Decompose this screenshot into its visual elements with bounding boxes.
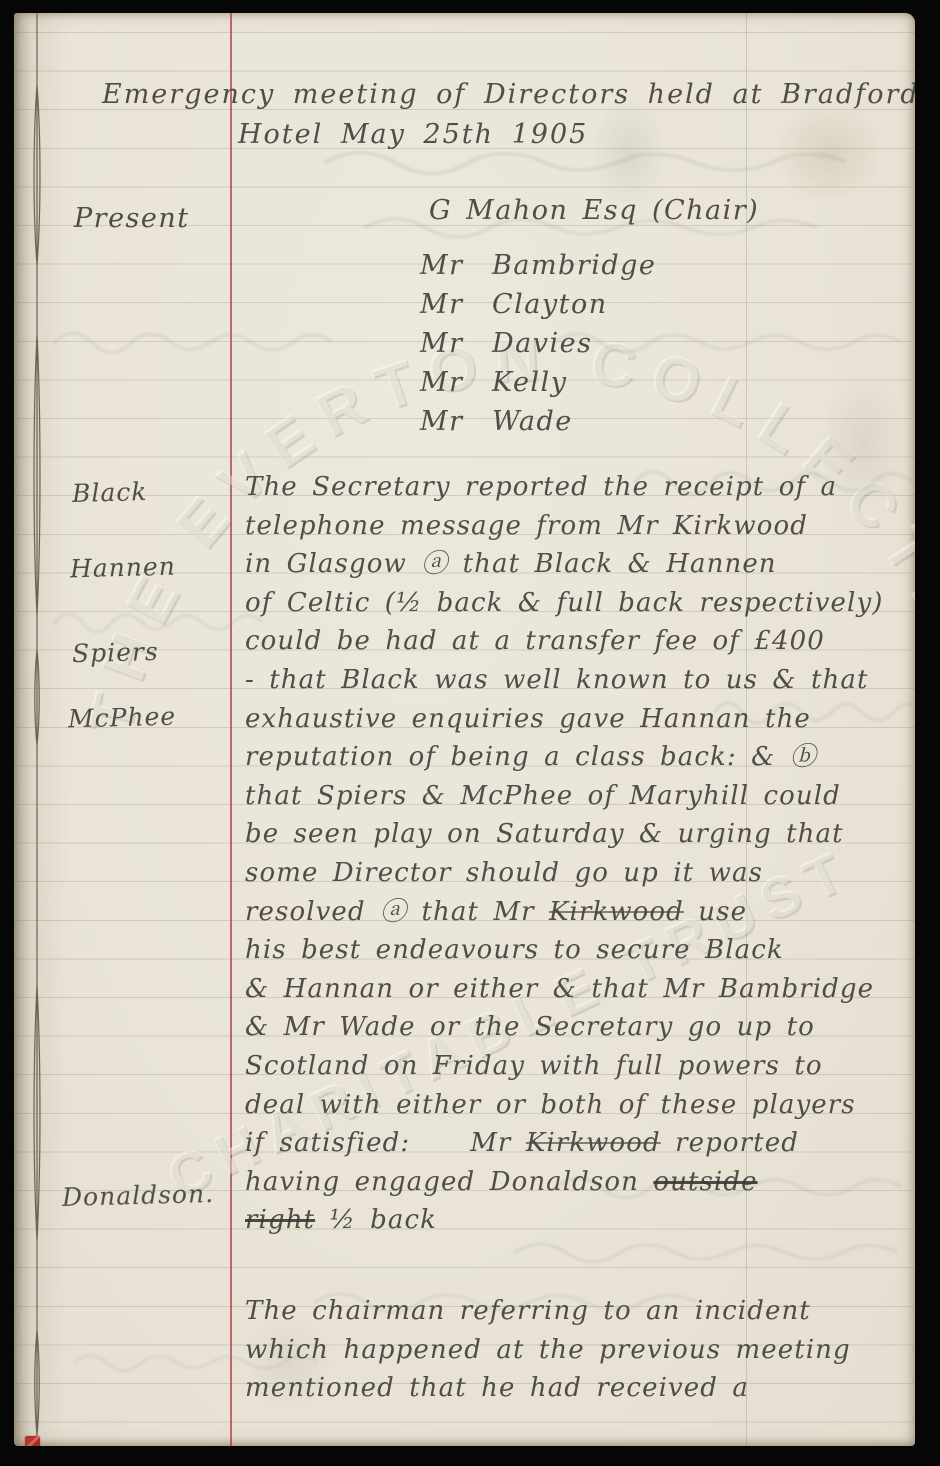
minutes-paragraph-players: The Secretary reported the receipt of at… [245,468,884,1240]
meeting-heading-line2: Hotel May 25th 1905 [238,115,588,155]
handwritten-line: right ½ back [245,1201,884,1240]
attendee-name: Kelly [492,367,567,398]
handwritten-line: some Director should go up it was [245,854,884,893]
margin-note: Black [72,477,148,508]
attendee-row: Mr Wade [14,406,894,445]
handwritten-line: resolved ⓐ that Mr Kirkwood use [245,893,884,932]
handwritten-text: his best endeavours to secure Black [245,935,784,965]
margin-note: Spiers [72,637,159,668]
handwritten-text: be seen play on Saturday & urging that [245,819,844,849]
attendee-row: Mr Kelly [14,367,894,406]
handwritten-text: & Hannan or either & that Mr Bambridge [245,974,874,1004]
handwritten-text: right [245,1205,315,1235]
handwritten-text: which happened at the previous meeting [245,1335,851,1365]
handwritten-line: The Secretary reported the receipt of a [245,468,884,507]
attendee-row: Mr Clayton [14,289,894,328]
attendee-honorific: Mr [420,406,464,437]
handwritten-line: in Glasgow ⓐ that Black & Hannen [245,545,884,584]
handwritten-text: deal with either or both of these player… [245,1090,856,1120]
handwritten-text: if satisfied: [245,1128,410,1158]
attendee-row: G Mahon Esq (Chair) [14,195,894,234]
red-page-stamp [25,1436,40,1446]
handwritten-line: & Hannan or either & that Mr Bambridge [245,970,884,1009]
margin-note: Donaldson. [62,1179,215,1212]
handwritten-text: Kirkwood [549,897,684,927]
handwritten-text: - that Black was well known to us & that [245,665,869,695]
handwritten-text: of Celtic (½ back & full back respective… [245,588,884,618]
scanned-minute-book-photo: THE EVERTON COLLECTION THE EVERTON COLLE… [0,0,940,1466]
handwritten-text: The Secretary reported the receipt of a [245,472,837,502]
handwritten-text: could be had at a transfer fee of £400 [245,626,825,656]
handwritten-text: & Mr Wade or the Secretary go up to [245,1012,815,1042]
handwritten-text: in Glasgow ⓐ that Black & Hannen [245,549,777,579]
handwritten-text: mentioned that he had received a [245,1373,749,1403]
handwritten-text: reported [661,1128,799,1158]
minutes-paragraph-chairman: The chairman referring to an incidentwhi… [245,1292,851,1408]
attendee-name: Bambridge [492,250,656,281]
margin-note: McPhee [68,702,177,734]
attendee-honorific: Mr [420,289,464,320]
meeting-heading-line1: Emergency meeting of Directors held at B… [102,75,915,115]
handwritten-line: reputation of being a class back: & ⓑ [245,738,884,777]
attendee-row: Mr Davies [14,328,894,367]
handwritten-line: - that Black was well known to us & that [245,661,884,700]
handwritten-text: reputation of being a class back: & ⓑ [245,742,817,772]
handwritten-line: mentioned that he had received a [245,1369,851,1408]
attendee-honorific: Mr [420,367,464,398]
attendee-name: Clayton [492,289,608,320]
handwritten-text: use [684,897,747,927]
handwritten-text: telephone message from Mr Kirkwood [245,511,808,541]
attendee-chairman: G Mahon Esq (Chair) [429,195,759,226]
handwritten-line: Scotland on Friday with full powers to [245,1047,884,1086]
margin-note: Hannen [70,552,177,584]
handwritten-text: some Director should go up it was [245,858,763,888]
handwritten-line: that Spiers & McPhee of Maryhill could [245,777,884,816]
handwritten-text: exhaustive enquiries gave Hannan the [245,704,811,734]
minute-book-page: THE EVERTON COLLECTION THE EVERTON COLLE… [14,13,915,1446]
handwritten-text: that Spiers & McPhee of Maryhill could [245,781,841,811]
handwritten-text: Kirkwood [526,1128,661,1158]
handwritten-line: deal with either or both of these player… [245,1086,884,1125]
attendee-honorific: Mr [420,250,464,281]
handwritten-line: could be had at a transfer fee of £400 [245,622,884,661]
handwritten-line: telephone message from Mr Kirkwood [245,507,884,546]
handwritten-line: be seen play on Saturday & urging that [245,815,884,854]
handwritten-text: Mr [470,1128,526,1158]
handwritten-line: which happened at the previous meeting [245,1331,851,1370]
handwritten-line: his best endeavours to secure Black [245,931,884,970]
handwritten-text: outside [653,1167,757,1197]
handwritten-line: of Celtic (½ back & full back respective… [245,584,884,623]
handwritten-line: The chairman referring to an incident [245,1292,851,1331]
handwritten-line: exhaustive enquiries gave Hannan the [245,700,884,739]
attendee-honorific: Mr [420,328,464,359]
handwritten-line: if satisfied:Mr Kirkwood reported [245,1124,884,1163]
handwritten-text: resolved ⓐ that Mr [245,897,549,927]
handwritten-line: having engaged Donaldson outside [245,1163,884,1202]
handwritten-text: The chairman referring to an incident [245,1296,811,1326]
attendee-name: Wade [492,406,573,437]
handwritten-text: ½ back [315,1205,437,1235]
handwritten-text: Scotland on Friday with full powers to [245,1051,823,1081]
handwritten-line: & Mr Wade or the Secretary go up to [245,1008,884,1047]
attendee-name: Davies [492,328,592,359]
handwritten-text: having engaged Donaldson [245,1167,653,1197]
attendee-row: Mr Bambridge [14,250,894,289]
